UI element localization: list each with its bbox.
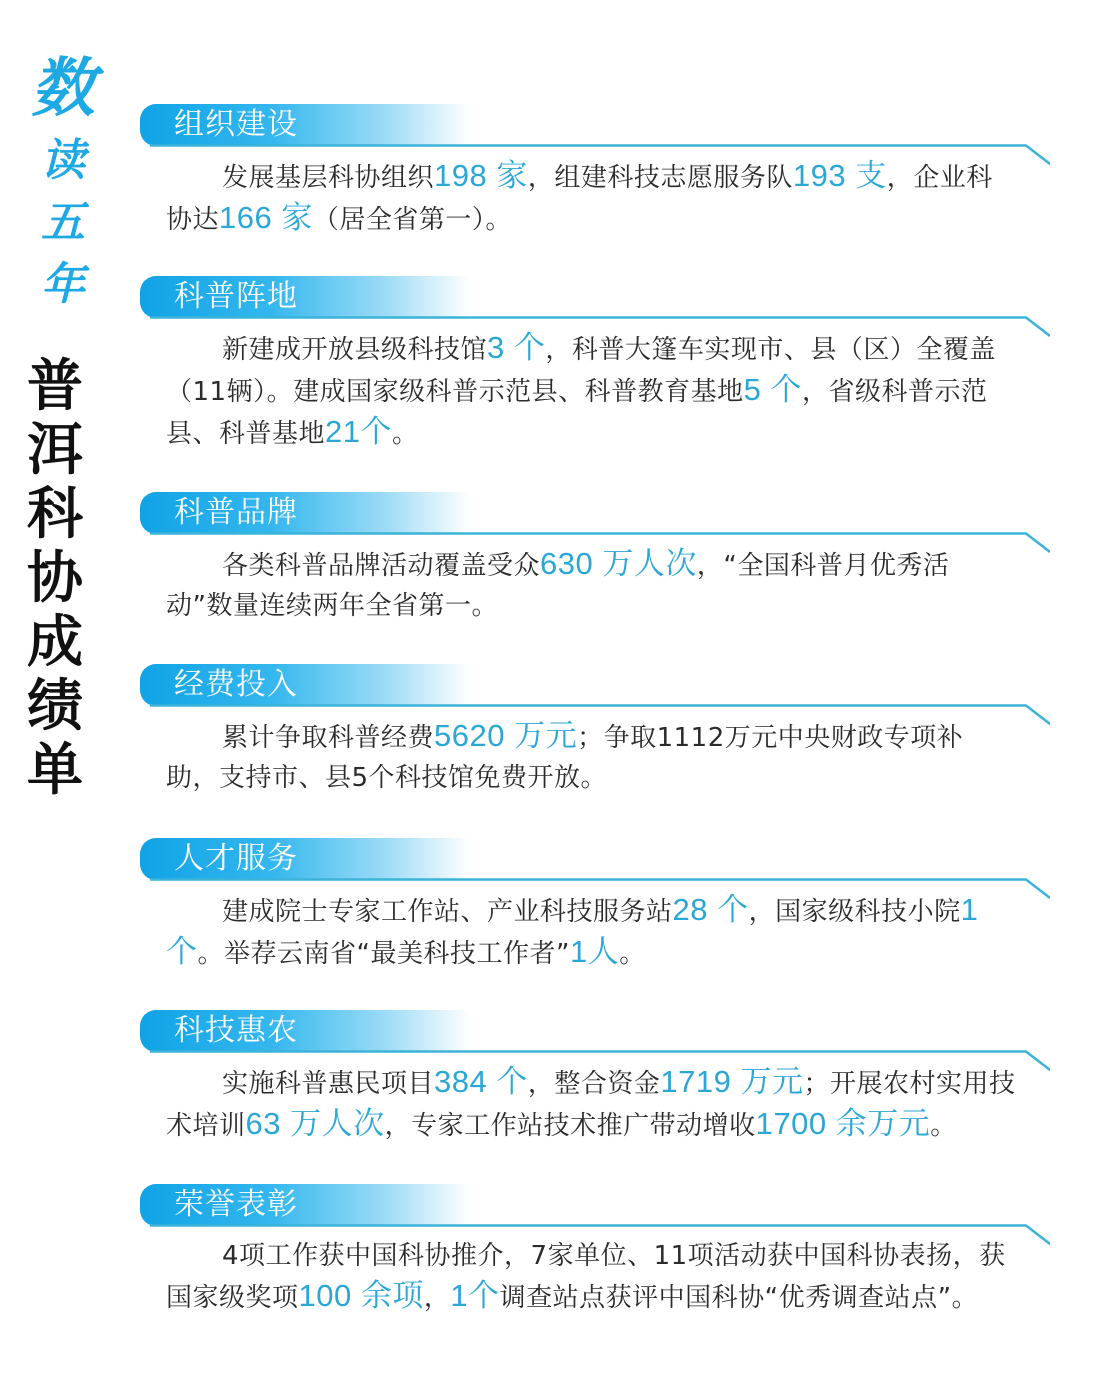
section-divider-line xyxy=(150,878,1050,900)
body-text: （居全省第一）。 xyxy=(313,205,512,235)
body-text: 发展基层科协组织 xyxy=(222,163,434,193)
section-body: 发展基层科协组织198 家，组建科技志愿服务队193 支，企业科协达166 家（… xyxy=(166,156,1016,240)
body-text: ，国家级科技小院 xyxy=(749,897,961,927)
title-char: 单 xyxy=(27,739,83,803)
section: 经费投入累计争取科普经费5620 万元；争取1112万元中央财政专项补助，支持市… xyxy=(140,660,1050,798)
body-text: 。 xyxy=(930,1111,957,1141)
section: 组织建设发展基层科协组织198 家，组建科技志愿服务队193 支，企业科协达16… xyxy=(140,100,1050,240)
section-body: 各类科普品牌活动覆盖受众630 万人次，“全国科普月优秀活动”数量连续两年全省第… xyxy=(166,544,1016,626)
highlight-number: 5 个 xyxy=(744,372,802,407)
section-header: 科普品牌 xyxy=(140,488,1050,536)
title-char: 洱 xyxy=(27,419,83,483)
section-body: 新建成开放县级科技馆3 个，科普大篷车实现市、县（区）全覆盖（11辆）。建成国家… xyxy=(166,328,1016,454)
slogan-char: 读 xyxy=(41,130,85,192)
section-body: 实施科普惠民项目384 个，整合资金1719 万元；开展农村实用技术培训63 万… xyxy=(166,1062,1016,1146)
section-divider-line xyxy=(150,1224,1050,1246)
section-header: 科普阵地 xyxy=(140,272,1050,320)
section: 荣誉表彰4项工作获中国科协推介，7家单位、11项活动获中国科协表扬，获国家级奖项… xyxy=(140,1180,1050,1318)
body-text: 。 xyxy=(392,419,419,449)
body-text: 新建成开放县级科技馆 xyxy=(222,335,487,365)
section-heading: 荣誉表彰 xyxy=(174,1186,298,1224)
slogan-char: 数 xyxy=(31,48,95,130)
title-char: 绩 xyxy=(27,675,83,739)
highlight-number: 1人 xyxy=(570,934,619,969)
body-text: 。 xyxy=(619,939,646,969)
title-char: 普 xyxy=(27,355,83,419)
section-divider-line xyxy=(150,704,1050,726)
section-divider-line xyxy=(150,316,1050,338)
body-text: 各类科普品牌活动覆盖受众 xyxy=(222,551,540,581)
body-text: 建成院士专家工作站、产业科技服务站 xyxy=(222,897,673,927)
title-char: 成 xyxy=(27,611,83,675)
section-header: 组织建设 xyxy=(140,100,1050,148)
body-text: 调查站点获评中国科协“优秀调查站点”。 xyxy=(500,1283,978,1313)
section: 科普品牌各类科普品牌活动覆盖受众630 万人次，“全国科普月优秀活动”数量连续两… xyxy=(140,488,1050,626)
highlight-number: 1700 余万元 xyxy=(756,1106,931,1141)
title-char: 协 xyxy=(27,547,83,611)
highlight-number: 166 家 xyxy=(219,200,313,235)
section-divider-line xyxy=(150,532,1050,554)
section-header: 人才服务 xyxy=(140,834,1050,882)
section-header: 荣誉表彰 xyxy=(140,1180,1050,1228)
section-heading: 科普阵地 xyxy=(174,278,298,316)
section-heading: 科技惠农 xyxy=(174,1012,298,1050)
section-heading: 组织建设 xyxy=(174,106,298,144)
page-title-vertical: 普 洱 科 协 成 绩 单 xyxy=(18,355,92,803)
body-text: 实施科普惠民项目 xyxy=(222,1069,434,1099)
section: 科技惠农实施科普惠民项目384 个，整合资金1719 万元；开展农村实用技术培训… xyxy=(140,1006,1050,1146)
section: 人才服务建成院士专家工作站、产业科技服务站28 个，国家级科技小院1个。举荐云南… xyxy=(140,834,1050,974)
section-body: 4项工作获中国科协推介，7家单位、11项活动获中国科协表扬，获国家级奖项100 … xyxy=(166,1236,1016,1318)
body-text: ， xyxy=(424,1283,451,1313)
slogan-vertical: 数 读 五 年 xyxy=(18,48,108,316)
body-text: 。举荐云南省“最美科技工作者” xyxy=(198,939,570,969)
slogan-char: 五 xyxy=(41,192,85,254)
body-text: ，组建科技志愿服务队 xyxy=(528,163,793,193)
body-text: ，专家工作站技术推广带动增收 xyxy=(385,1111,756,1141)
highlight-number: 63 万人次 xyxy=(246,1106,385,1141)
section-body: 累计争取科普经费5620 万元；争取1112万元中央财政专项补助，支持市、县5个… xyxy=(166,716,1016,798)
section: 科普阵地新建成开放县级科技馆3 个，科普大篷车实现市、县（区）全覆盖（11辆）。… xyxy=(140,272,1050,454)
title-char: 科 xyxy=(27,483,83,547)
section-header: 经费投入 xyxy=(140,660,1050,708)
section-heading: 经费投入 xyxy=(174,666,298,704)
body-text: ，整合资金 xyxy=(528,1069,661,1099)
section-divider-line xyxy=(150,1050,1050,1072)
highlight-number: 1个 xyxy=(450,1278,499,1313)
section-header: 科技惠农 xyxy=(140,1006,1050,1054)
highlight-number: 100 余项 xyxy=(299,1278,424,1313)
section-heading: 人才服务 xyxy=(174,840,298,878)
highlight-number: 21个 xyxy=(325,414,392,449)
body-text: 累计争取科普经费 xyxy=(222,723,434,753)
section-heading: 科普品牌 xyxy=(174,494,298,532)
section-body: 建成院士专家工作站、产业科技服务站28 个，国家级科技小院1个。举荐云南省“最美… xyxy=(166,890,1016,974)
section-divider-line xyxy=(150,144,1050,166)
slogan-char: 年 xyxy=(41,254,85,316)
